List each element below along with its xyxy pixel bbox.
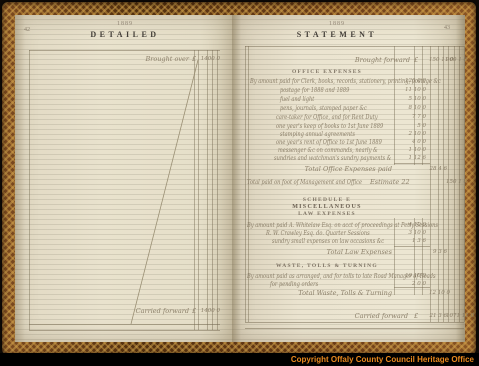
entry-amount: 1 3 6 [388, 238, 426, 244]
law-total-label: Total Law Expenses [302, 248, 392, 256]
office-total-amount: 28 4 6 [429, 166, 447, 172]
ledger-entry: care-taker for Office, and for Rent Duty [276, 113, 378, 121]
column-rule [438, 46, 439, 322]
brought-forward-label: Brought forward [350, 56, 410, 64]
carried-forward-subtotal: 21 3 6 [429, 313, 447, 319]
management-estimate: Estimate 22 [370, 178, 410, 186]
open-pages: 42 1889 DETAILED Brought over £ [15, 15, 465, 342]
ledger-entry: pens, journals, stamped paper &c [280, 104, 367, 112]
miscellaneous-heading: MISCELLANEOUS [252, 204, 402, 210]
ledger-entry: sundries and watchman's sundry payments … [274, 154, 391, 162]
entry-amount: 4 10 0 [388, 222, 426, 228]
carried-forward-label: Carried forward [342, 312, 408, 320]
column-rule [430, 46, 431, 322]
ledger-entry: fuel and light [280, 95, 314, 103]
ledger-entry: sundry small expenses on law occasions &… [272, 237, 384, 245]
left-page: 42 1889 DETAILED Brought over £ [15, 15, 232, 342]
waste-heading: WASTE, TOLLS & TURNING [252, 263, 402, 269]
cancellation-stroke [15, 15, 232, 344]
ledger-entry: for pending orders [270, 280, 318, 288]
carried-forward-label: Carried forward [131, 307, 189, 315]
currency-symbol: £ [414, 56, 418, 64]
brought-forward-total: 900 1 6 [446, 57, 464, 63]
law-total-amount: 9 3 6 [429, 249, 447, 255]
entry-amount: 120 0 0 [388, 78, 426, 84]
carried-forward-total: 1071 11 0 [446, 313, 464, 319]
bracket-rule [394, 287, 430, 288]
margin-rule [245, 46, 246, 322]
currency-symbol: £ [414, 312, 418, 320]
column-rule [443, 46, 444, 322]
ledger-book-cover: 42 1889 DETAILED Brought over £ [2, 2, 476, 355]
page-number: 43 [444, 25, 450, 31]
entry-amount: 2 0 0 [388, 281, 426, 287]
management-total-label: Total paid on foot of Management and Off… [247, 178, 362, 186]
entry-amount: 3 10 0 [388, 230, 426, 236]
frame-rule [245, 322, 464, 323]
brought-over-label: Brought over [143, 55, 189, 63]
entry-amount: 4 0 0 [388, 139, 426, 145]
frame-rule [245, 328, 464, 329]
entry-amount: 2 10 0 [388, 131, 426, 137]
section-heading-office: OFFICE EXPENSES [252, 69, 402, 75]
bracket-rule [394, 163, 430, 164]
entry-amount: 10 10 0 [388, 273, 426, 279]
carried-forward-amount: 1400 0 [198, 308, 220, 314]
entry-amount: 1 10 0 [388, 147, 426, 153]
ledger-entry: postage for 1888 and 1889 [280, 86, 349, 94]
right-page: 43 1889 STATEMENT [232, 15, 465, 342]
frame-rule [245, 46, 464, 47]
scanned-ledger-photo: 42 1889 DETAILED Brought over £ [0, 0, 479, 366]
ledger-entry: R. W. Crawley Esq. do. Quarter Sessions [266, 229, 370, 237]
currency-symbol: £ [192, 55, 196, 63]
bracket-rule [394, 246, 430, 247]
ledger-entry: messenger &c on commands, nearly & [278, 146, 378, 154]
ledger-entry: one year's keep of books to 1st June 188… [276, 122, 383, 130]
entry-amount: 11 10 0 [388, 87, 426, 93]
ledger-entry: stamping annual agreements [280, 130, 355, 138]
waste-total-label: Total Waste, Tolls & Turning [287, 289, 392, 297]
year-heading: 1889 [242, 21, 432, 27]
entry-amount: 1 12 6 [388, 155, 426, 161]
entry-amount: 5 0 [388, 123, 426, 129]
page-title: STATEMENT [242, 30, 432, 39]
copyright-text: Copyright Offaly County Council Heritage… [291, 355, 474, 364]
waste-total-amount: 12 10 0 [429, 290, 447, 296]
schedule-heading: SCHEDULE E [252, 197, 402, 203]
office-total-label: Total Office Expenses paid [292, 165, 392, 173]
currency-symbol: £ [192, 307, 196, 315]
copyright-bar: Copyright Offaly County Council Heritage… [0, 353, 479, 366]
ledger-entry: one year's rent of Office to 1st June 18… [276, 138, 382, 146]
brought-over-amount: 1400 0 [198, 56, 220, 62]
brought-forward-subtotal: 150 11 0 [429, 57, 447, 63]
management-total-amount: 150 1 6 [446, 179, 464, 185]
law-expenses-heading: LAW EXPENSES [252, 211, 402, 217]
entry-amount: 8 10 0 [388, 105, 426, 111]
entry-amount: 5 10 0 [388, 96, 426, 102]
entry-amount: 7 7 0 [388, 114, 426, 120]
